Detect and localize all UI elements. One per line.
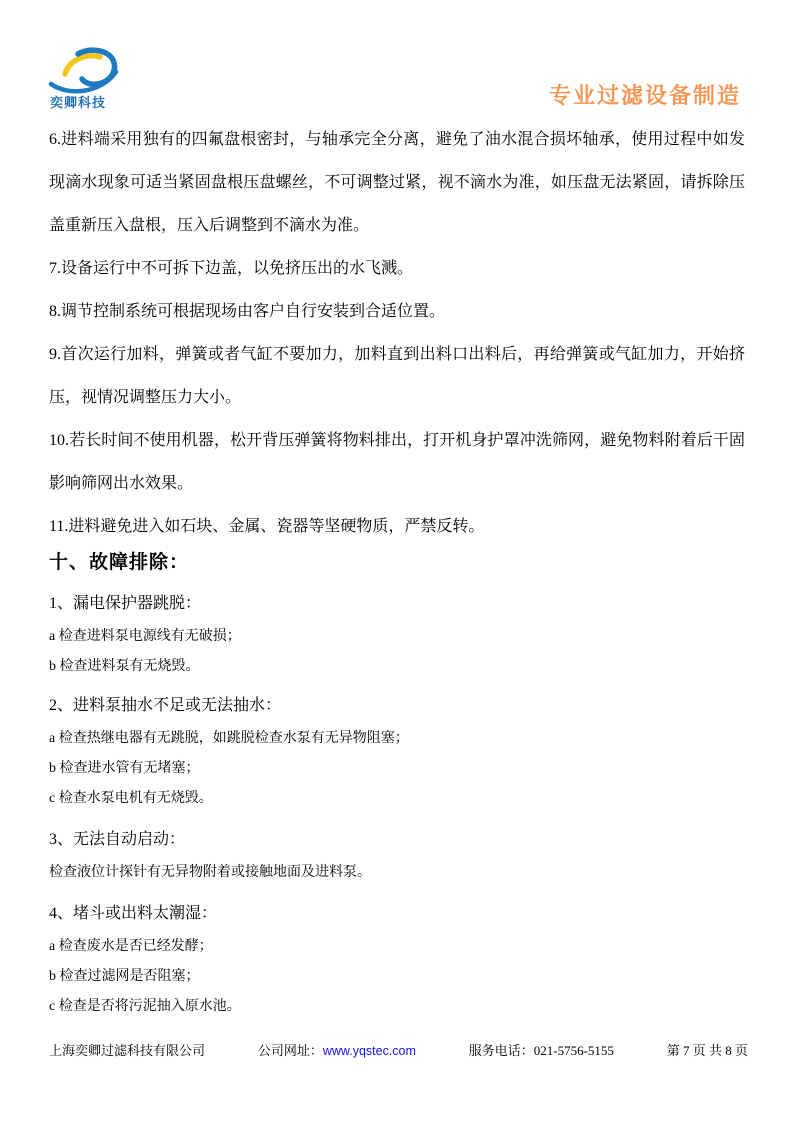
body-paragraph: 11.进料避免进入如石块、金属、瓷器等坚硬物质，严禁反转。 [49, 505, 745, 548]
page-footer: 上海奕卿过滤科技有限公司 公司网址：www.yqstec.com 服务电话：02… [49, 1040, 748, 1059]
footer-website-link[interactable]: www.yqstec.com [323, 1044, 416, 1058]
footer-service-phone: 服务电话：021-5756-5155 [469, 1040, 614, 1059]
company-logo-text: 奕卿科技 [50, 92, 168, 111]
fault-check-item: c 检查水泵电机有无烧毁。 [49, 784, 745, 814]
fault-item-title: 2、进料泵抽水不足或无法抽水： [49, 688, 745, 724]
body-paragraph: 10.若长时间不使用机器，松开背压弹簧将物料排出，打开机身护罩冲洗筛网，避免物料… [49, 419, 745, 505]
fault-check-item: a 检查废水是否已经发酵； [49, 932, 745, 962]
fault-check-item: b 检查过滤网是否阻塞； [49, 962, 745, 992]
footer-page-number: 第 7 页 共 8 页 [667, 1040, 748, 1059]
fault-check-item: 检查液位计探针有无异物附着或接触地面及进料泵。 [49, 858, 745, 888]
fault-check-item: b 检查进料泵有无烧毁。 [49, 652, 745, 682]
body-paragraph: 8.调节控制系统可根据现场由客户自行安装到合适位置。 [49, 290, 745, 333]
document-page: 奕卿科技 专业过滤设备制造 6.进料端采用独有的四氟盘根密封，与轴承完全分离，避… [0, 0, 793, 1122]
footer-website: 公司网址：www.yqstec.com [258, 1040, 416, 1059]
globe-logo-icon [48, 44, 130, 94]
fault-item-title: 1、漏电保护器跳脱： [49, 586, 745, 622]
company-logo: 奕卿科技 [48, 44, 168, 111]
document-body: 6.进料端采用独有的四氟盘根密封，与轴承完全分离，避免了油水混合损坏轴承，使用过… [49, 118, 745, 1022]
body-paragraph: 7.设备运行中不可拆下边盖，以免挤压出的水飞溅。 [49, 247, 745, 290]
fault-check-item: b 检查进水管有无堵塞； [49, 754, 745, 784]
fault-check-item: a 检查热继电器有无跳脱，如跳脱检查水泵有无异物阻塞； [49, 724, 745, 754]
fault-item-title: 4、堵斗或出料太潮湿： [49, 896, 745, 932]
footer-company-name: 上海奕卿过滤科技有限公司 [49, 1040, 205, 1059]
body-paragraph: 9.首次运行加料，弹簧或者气缸不要加力，加料直到出料口出料后，再给弹簧或气缸加力… [49, 333, 745, 419]
fault-item-title: 3、无法自动启动： [49, 822, 745, 858]
header-slogan: 专业过滤设备制造 [549, 79, 741, 110]
fault-check-item: a 检查进料泵电源线有无破损； [49, 622, 745, 652]
fault-check-item: c 检查是否将污泥抽入原水池。 [49, 992, 745, 1022]
footer-website-label: 公司网址： [258, 1043, 323, 1058]
body-paragraph: 6.进料端采用独有的四氟盘根密封，与轴承完全分离，避免了油水混合损坏轴承，使用过… [49, 118, 745, 247]
section-heading-troubleshooting: 十、故障排除： [49, 548, 745, 578]
